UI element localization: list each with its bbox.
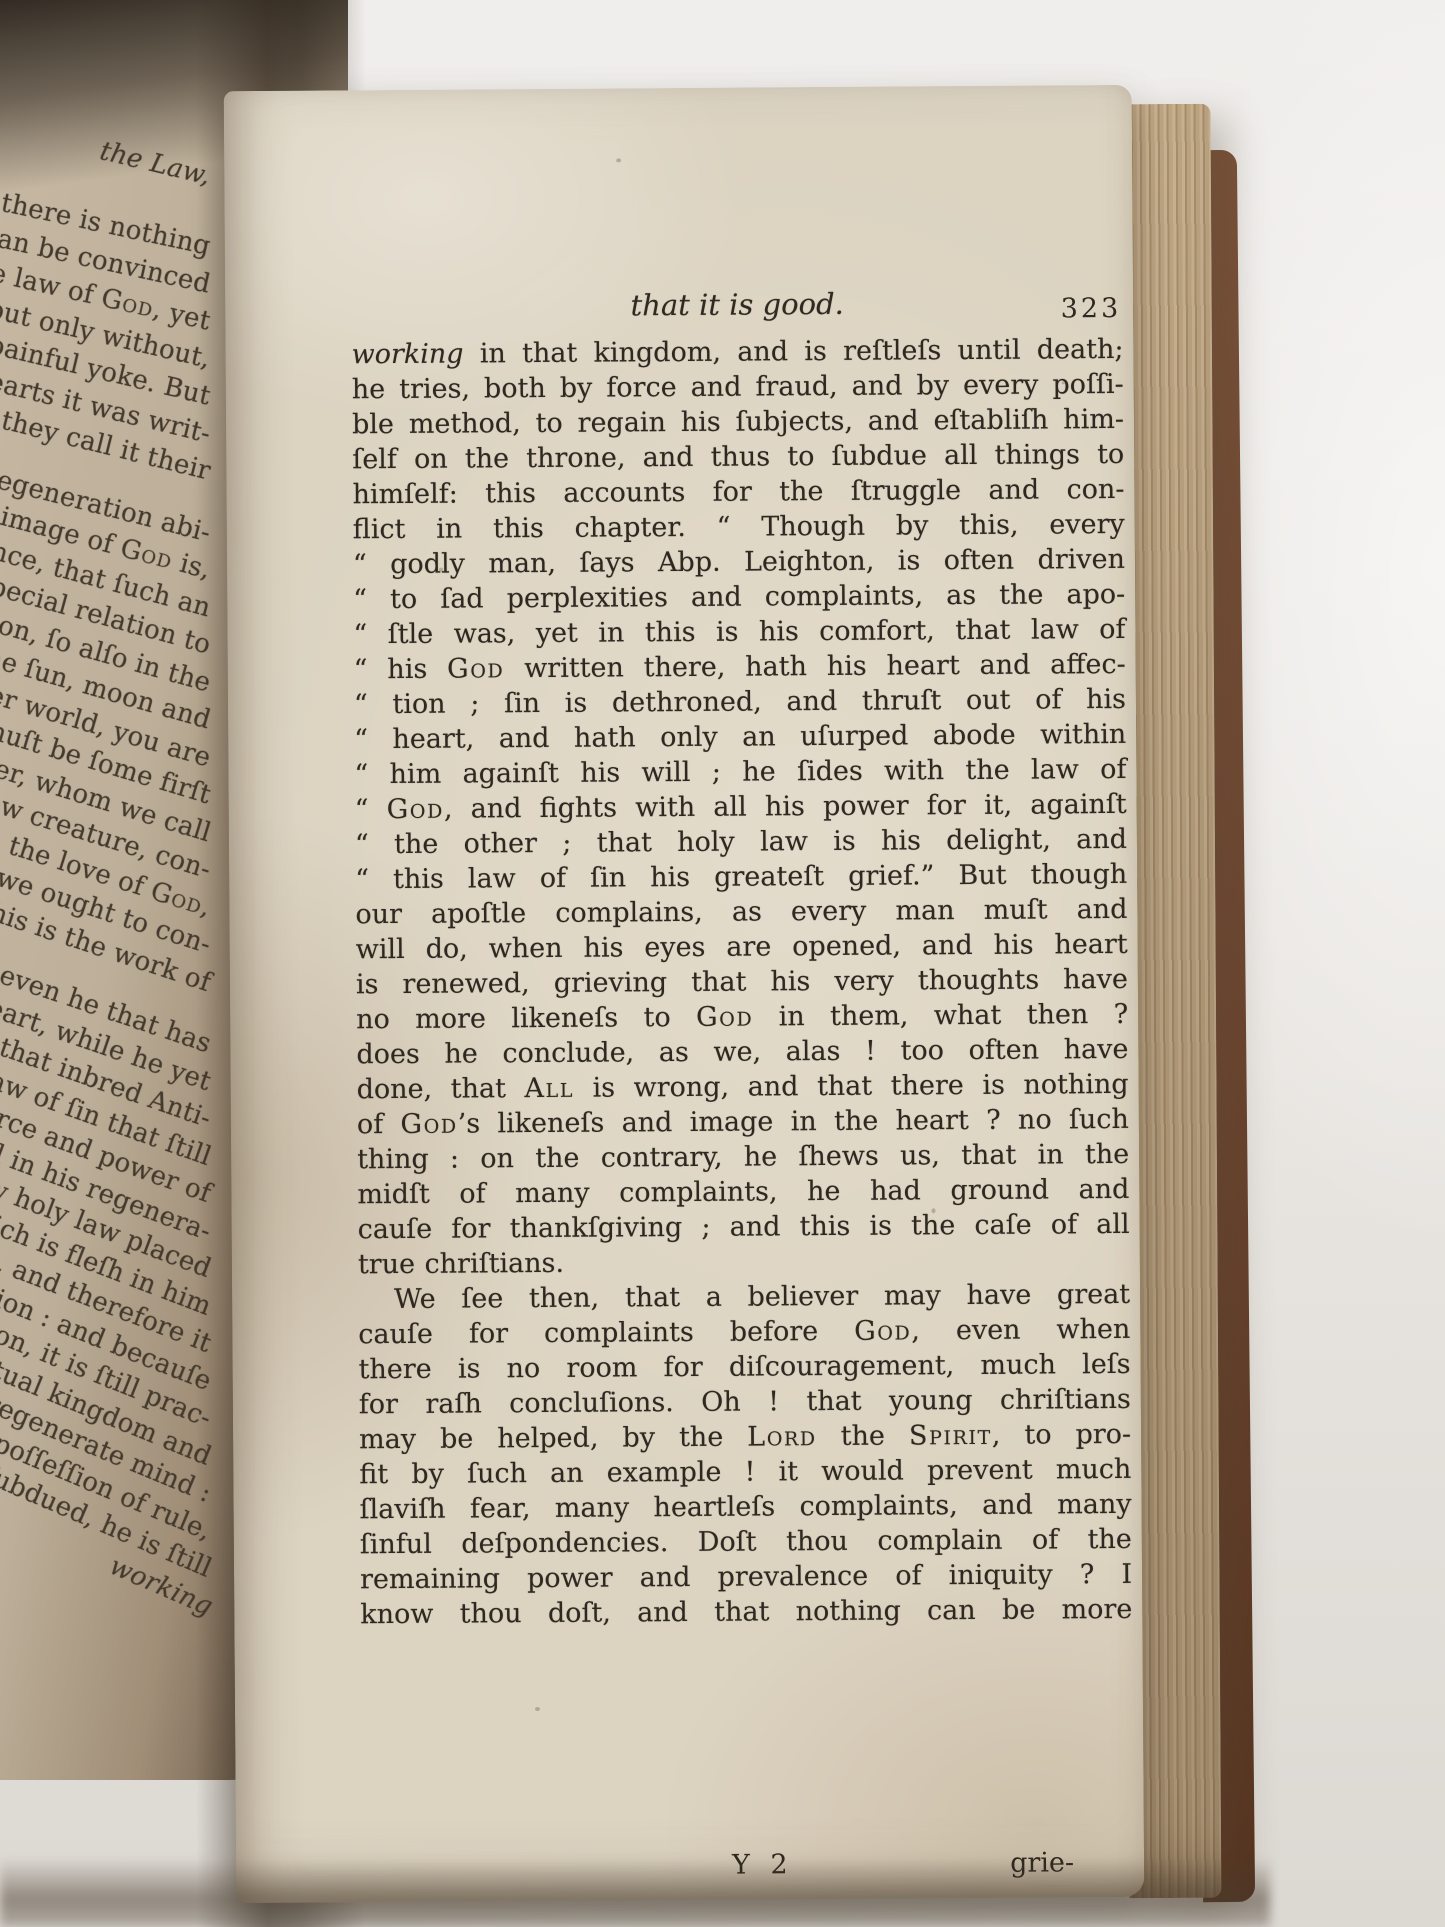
text-segment: ſlaviſh fear, many heartleſs complaints,… bbox=[359, 1489, 1131, 1525]
small-caps-text: God bbox=[696, 1002, 753, 1033]
page-number: 323 bbox=[1061, 293, 1122, 324]
text-segment: “ bbox=[355, 794, 387, 825]
paper-speck bbox=[535, 1707, 540, 1711]
text-segment: “ heart, and hath only an uſurped abode … bbox=[354, 719, 1126, 755]
text-line: “ tion ; ſin is dethroned, and thruſt ou… bbox=[354, 682, 1126, 722]
small-caps-text: God bbox=[447, 653, 504, 684]
text-segment: “ his bbox=[354, 654, 448, 686]
text-segment: ble method, to regain his ſubjects, and … bbox=[352, 404, 1124, 440]
text-segment: does he conclude, as we, alas ! too ofte… bbox=[356, 1034, 1128, 1070]
text-line: ble method, to regain his ſubjects, and … bbox=[352, 402, 1124, 442]
text-line: will do, when his eyes are opened, and h… bbox=[356, 927, 1128, 967]
text-line: “ his God written there, hath his heart … bbox=[354, 647, 1126, 687]
page-footer: Y 2 grie- bbox=[362, 1847, 1134, 1852]
text-segment: he tries, both by force and fraud, and b… bbox=[352, 369, 1124, 405]
text-line: done, that All is wrong, and that there … bbox=[357, 1067, 1129, 1107]
text-line: thing : on the contrary, he ſhews us, th… bbox=[357, 1137, 1129, 1177]
italic-text: working bbox=[351, 339, 463, 371]
text-line: midſt of many complaints, he had ground … bbox=[357, 1172, 1129, 1212]
running-header-row: that it is good. 323 bbox=[351, 285, 1123, 330]
text-segment: , even when bbox=[911, 1314, 1130, 1347]
book-bottom-shadow bbox=[0, 1858, 1270, 1927]
text-line: “ this law of ſin his greateſt grief.” B… bbox=[355, 857, 1127, 897]
text-segment: cauſe for thankſgiving ; and this is the… bbox=[358, 1209, 1130, 1245]
text-segment: We ſee then, that a believer may have gr… bbox=[394, 1279, 1130, 1315]
text-segment: is wrong, and that there is nothing bbox=[574, 1069, 1129, 1104]
text-segment: true chriſtians. bbox=[358, 1248, 564, 1280]
text-line: working in that kingdom, and is reſtleſs… bbox=[351, 332, 1123, 372]
text-segment: , to pro- bbox=[992, 1419, 1131, 1451]
text-segment: ſinful deſpondencies. Doſt thou complain… bbox=[360, 1524, 1132, 1560]
paper-speck bbox=[932, 1208, 936, 1213]
text-line: no more likeneſs to God in them, what th… bbox=[356, 997, 1128, 1037]
text-segment: in them, what then ? bbox=[753, 999, 1128, 1033]
small-caps-text: All bbox=[524, 1073, 574, 1104]
text-segment: our apoſtle complains, as every man muſt… bbox=[355, 894, 1127, 930]
text-line: “ ſtle was, yet in this is his comfort, … bbox=[353, 612, 1125, 652]
text-segment: the bbox=[817, 1420, 909, 1452]
text-segment: done, that bbox=[357, 1073, 525, 1105]
text-segment: written there, hath his heart and affec- bbox=[504, 649, 1126, 684]
text-line: may be helped, by the Lord the Spirit, t… bbox=[359, 1417, 1131, 1457]
text-segment: “ to ſad perplexities and complaints, as… bbox=[353, 579, 1125, 615]
text-segment: , and fights with all his power for it, … bbox=[444, 789, 1127, 825]
right-page: that it is good. 323 working in that kin… bbox=[224, 85, 1145, 1903]
text-segment: fit by ſuch an example ! it would preven… bbox=[359, 1454, 1131, 1490]
text-line: “ God, and fights with all his power for… bbox=[355, 787, 1127, 827]
text-segment: for raſh concluſions. Oh ! that young ch… bbox=[359, 1384, 1131, 1420]
text-line: “ heart, and hath only an uſurped abode … bbox=[354, 717, 1126, 757]
text-line: of God’s likeneſs and image in the heart… bbox=[357, 1102, 1129, 1142]
text-segment: know thou doſt, and that nothing can be … bbox=[360, 1594, 1132, 1630]
text-line: is renewed, grieving that his very thoug… bbox=[356, 962, 1128, 1002]
text-segment: flict in this chapter. “ Though by this,… bbox=[353, 509, 1125, 545]
text-line: he tries, both by force and fraud, and b… bbox=[352, 367, 1124, 407]
text-segment: “ this law of ſin his greateſt grief.” B… bbox=[355, 859, 1127, 895]
text-segment: thing : on the contrary, he ſhews us, th… bbox=[357, 1139, 1129, 1175]
text-segment: ’s likeneſs and image in the heart ? no … bbox=[458, 1104, 1129, 1140]
text-segment: in that kingdom, and is reſtleſs until d… bbox=[463, 334, 1123, 370]
text-segment: there is no room for diſcouragement, muc… bbox=[359, 1349, 1131, 1385]
text-line: “ to ſad perplexities and complaints, as… bbox=[353, 577, 1125, 617]
text-line: our apoſtle complains, as every man muſt… bbox=[355, 892, 1127, 932]
text-segment: remaining power and prevalence of iniqui… bbox=[360, 1559, 1132, 1595]
text-segment: “ tion ; ſin is dethroned, and thruſt ou… bbox=[354, 684, 1126, 720]
text-line: for raſh concluſions. Oh ! that young ch… bbox=[359, 1382, 1131, 1422]
small-caps-text: God bbox=[400, 1109, 457, 1140]
small-caps-text: God bbox=[98, 283, 156, 324]
text-segment: is renewed, grieving that his very thoug… bbox=[356, 964, 1128, 1000]
text-line: true chriſtians. bbox=[358, 1242, 1130, 1282]
text-line: We ſee then, that a believer may have gr… bbox=[358, 1277, 1130, 1317]
text-segment: “ him againſt his will ; he ſides with t… bbox=[354, 754, 1126, 790]
text-segment: no more likeneſs to bbox=[356, 1002, 696, 1035]
text-line: ſinful deſpondencies. Doſt thou complain… bbox=[360, 1522, 1132, 1562]
page-text: working in that kingdom, and is reſtleſs… bbox=[351, 332, 1132, 1632]
text-line: flict in this chapter. “ Though by this,… bbox=[353, 507, 1125, 547]
paper-speck bbox=[1062, 381, 1065, 384]
text-line: know thou doſt, and that nothing can be … bbox=[360, 1592, 1132, 1632]
text-line: ſelf on the throne, and thus to ſubdue a… bbox=[352, 437, 1124, 477]
text-line: fit by ſuch an example ! it would preven… bbox=[359, 1452, 1131, 1492]
small-caps-text: Lord bbox=[747, 1421, 817, 1452]
text-line: “ him againſt his will ; he ſides with t… bbox=[354, 752, 1126, 792]
running-header: that it is good. bbox=[351, 285, 1123, 324]
small-caps-text: God bbox=[854, 1315, 911, 1346]
small-caps-text: Spirit bbox=[909, 1420, 992, 1452]
book-photo: the Law,en there is nothingman be convin… bbox=[0, 0, 1445, 1927]
text-line: ſlaviſh fear, many heartleſs complaints,… bbox=[359, 1487, 1131, 1527]
small-caps-text: God bbox=[117, 533, 176, 575]
text-line: does he conclude, as we, alas ! too ofte… bbox=[356, 1032, 1128, 1072]
text-segment: “ ſtle was, yet in this is his comfort, … bbox=[353, 614, 1125, 650]
text-segment: of bbox=[357, 1109, 401, 1140]
text-line: remaining power and prevalence of iniqui… bbox=[360, 1557, 1132, 1597]
text-segment: “ the other ; that holy law is his delig… bbox=[355, 824, 1127, 860]
text-segment: will do, when his eyes are opened, and h… bbox=[356, 929, 1128, 965]
text-line: himſelf: this accounts for the ſtruggle … bbox=[352, 472, 1124, 512]
text-line: “ godly man, ſays Abp. Leighton, is ofte… bbox=[353, 542, 1125, 582]
small-caps-text: God bbox=[387, 794, 444, 825]
text-line: cauſe for thankſgiving ; and this is the… bbox=[358, 1207, 1130, 1247]
text-segment: “ godly man, ſays Abp. Leighton, is ofte… bbox=[353, 544, 1125, 580]
text-line: cauſe for complaints before God, even wh… bbox=[358, 1312, 1130, 1352]
text-line: there is no room for diſcouragement, muc… bbox=[358, 1347, 1130, 1387]
text-line: “ the other ; that holy law is his delig… bbox=[355, 822, 1127, 862]
text-segment: ſelf on the throne, and thus to ſubdue a… bbox=[352, 439, 1124, 475]
text-segment: cauſe for complaints before bbox=[358, 1316, 854, 1350]
text-segment: may be helped, by the bbox=[359, 1422, 747, 1456]
paper-speck bbox=[616, 158, 621, 162]
paper-speck bbox=[439, 568, 443, 572]
text-segment: midſt of many complaints, he had ground … bbox=[357, 1174, 1129, 1210]
text-segment: himſelf: this accounts for the ſtruggle … bbox=[352, 474, 1124, 510]
